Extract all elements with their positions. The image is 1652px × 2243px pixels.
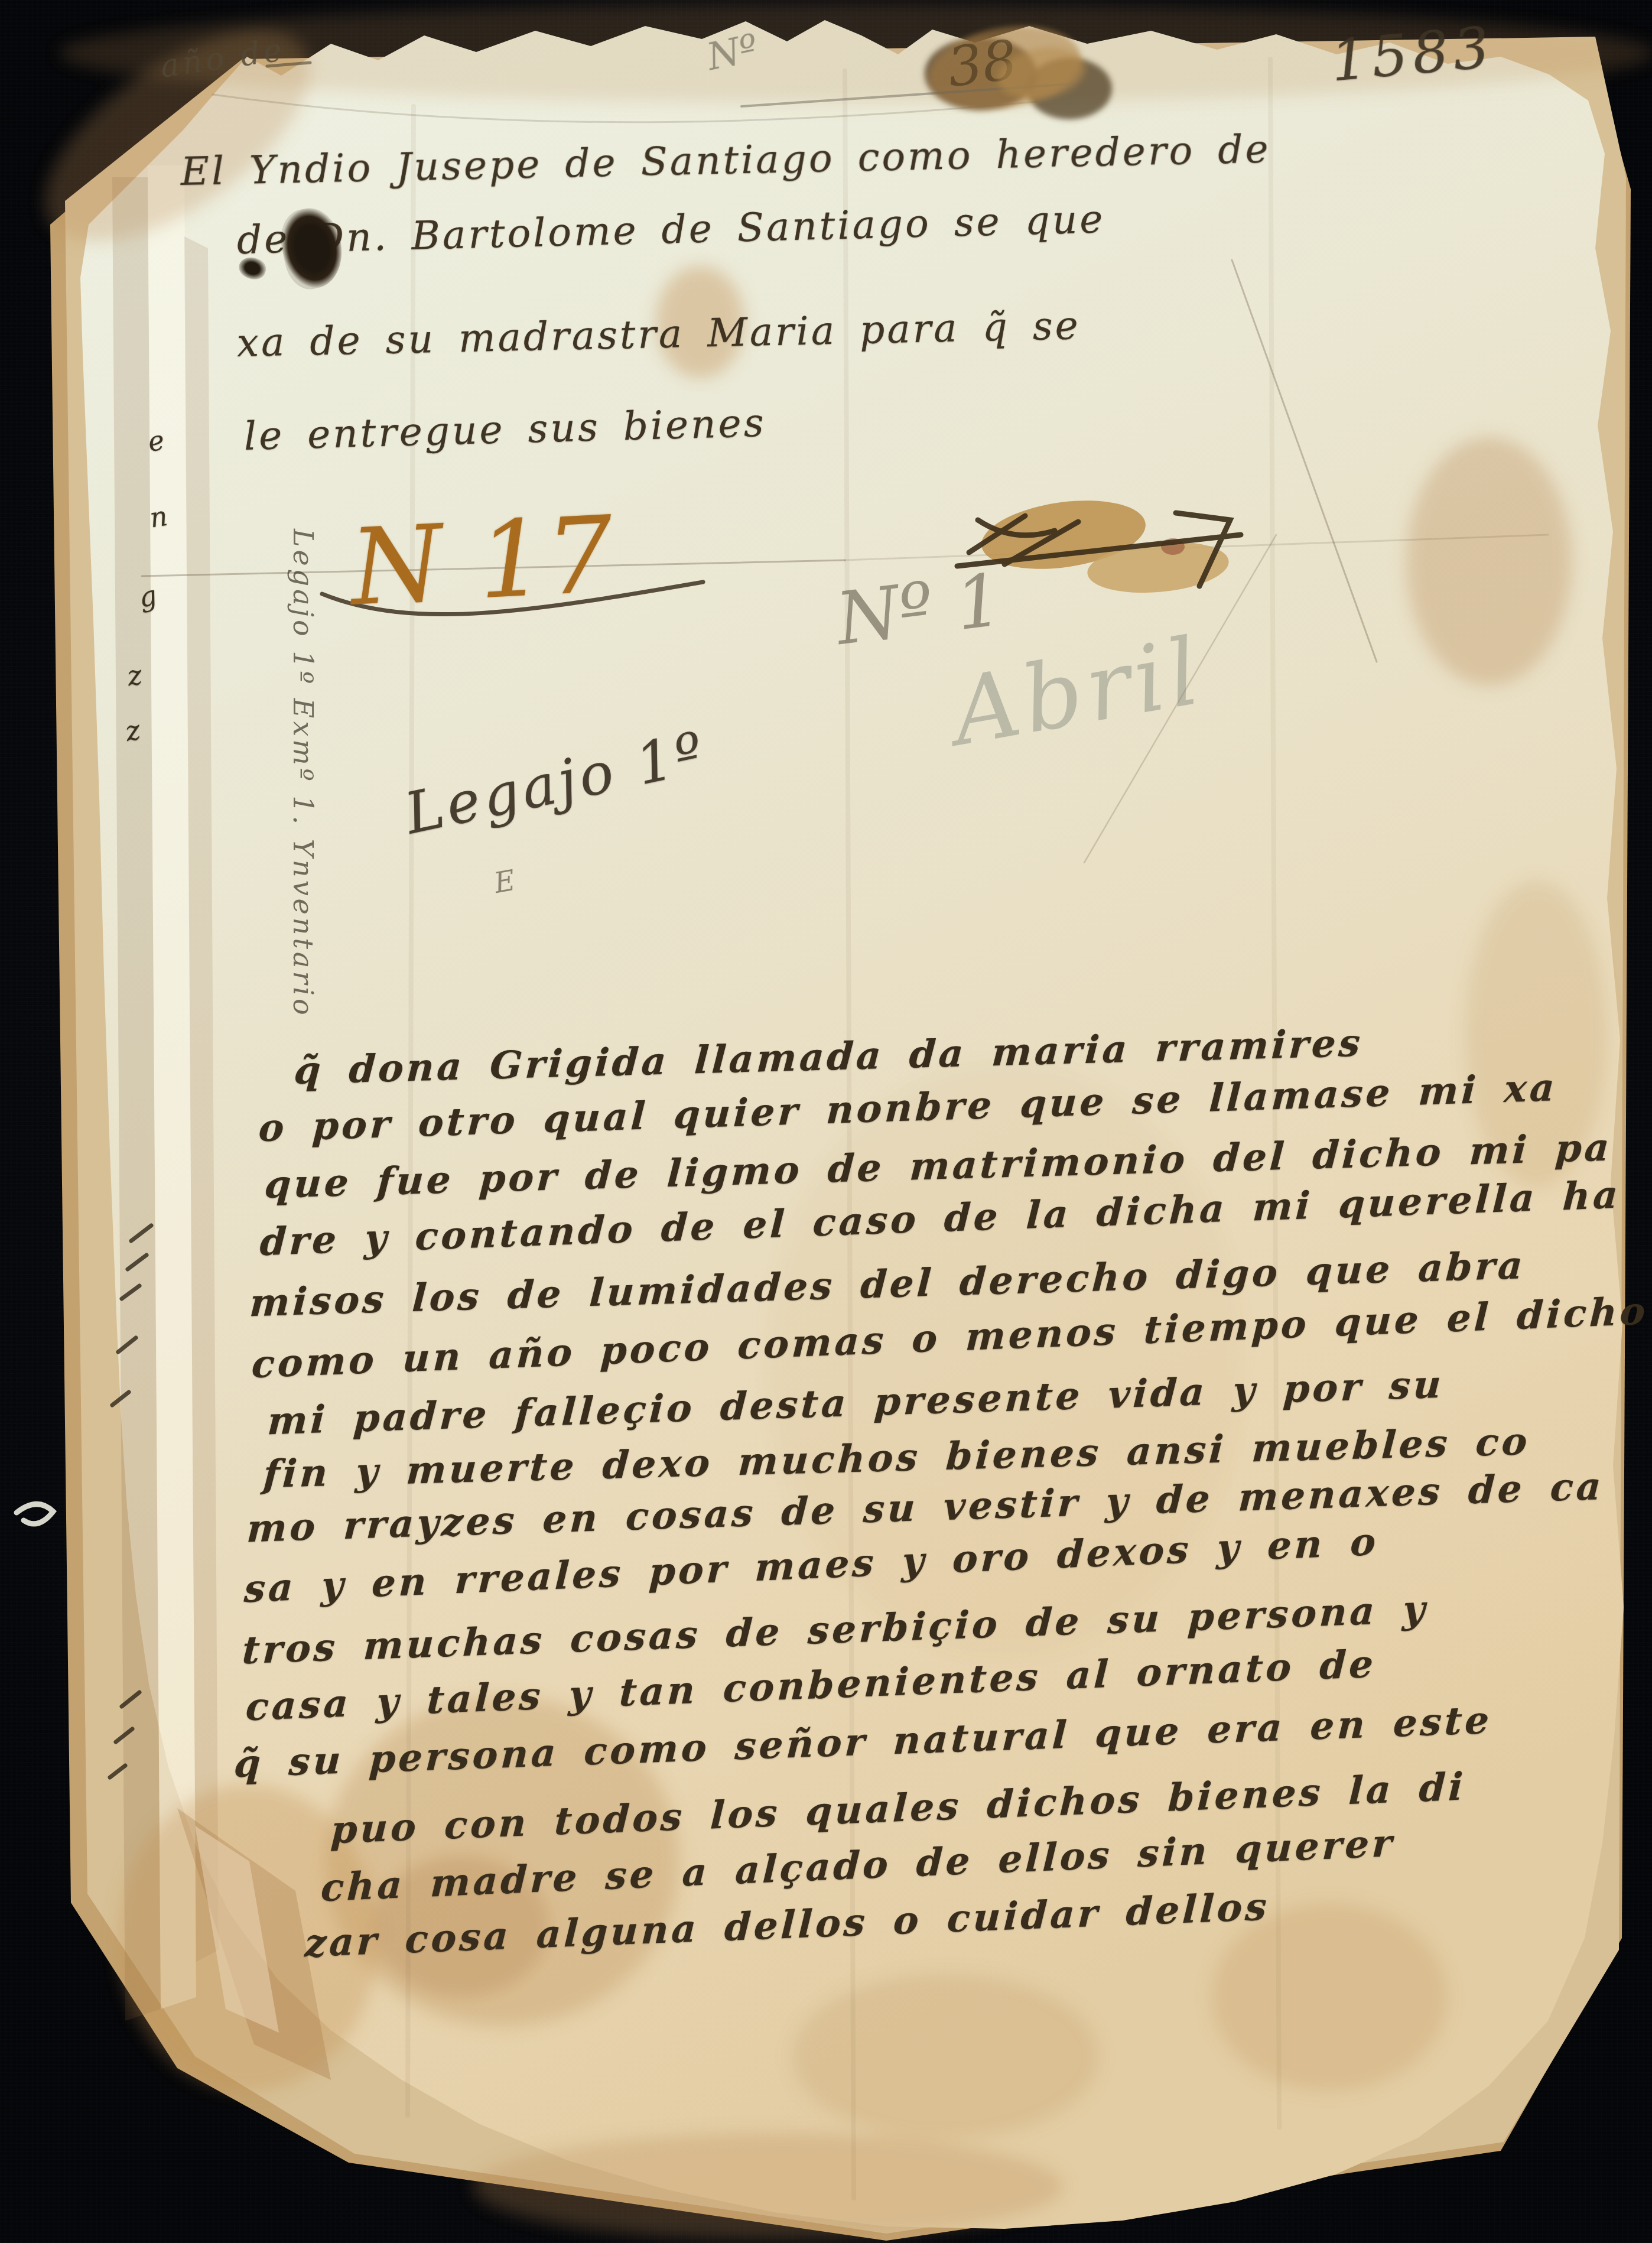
file-number-n17: N 17 — [347, 493, 617, 629]
margin-vertical-note: Legajo 1º Exmº 1. Ynventario — [287, 529, 319, 1018]
photograph-dark-table: { "photo_subject": "1583 Spanish colonia… — [0, 0, 1652, 2243]
year-1583: 1583 — [1328, 14, 1497, 95]
binding-thread — [17, 1504, 53, 1523]
